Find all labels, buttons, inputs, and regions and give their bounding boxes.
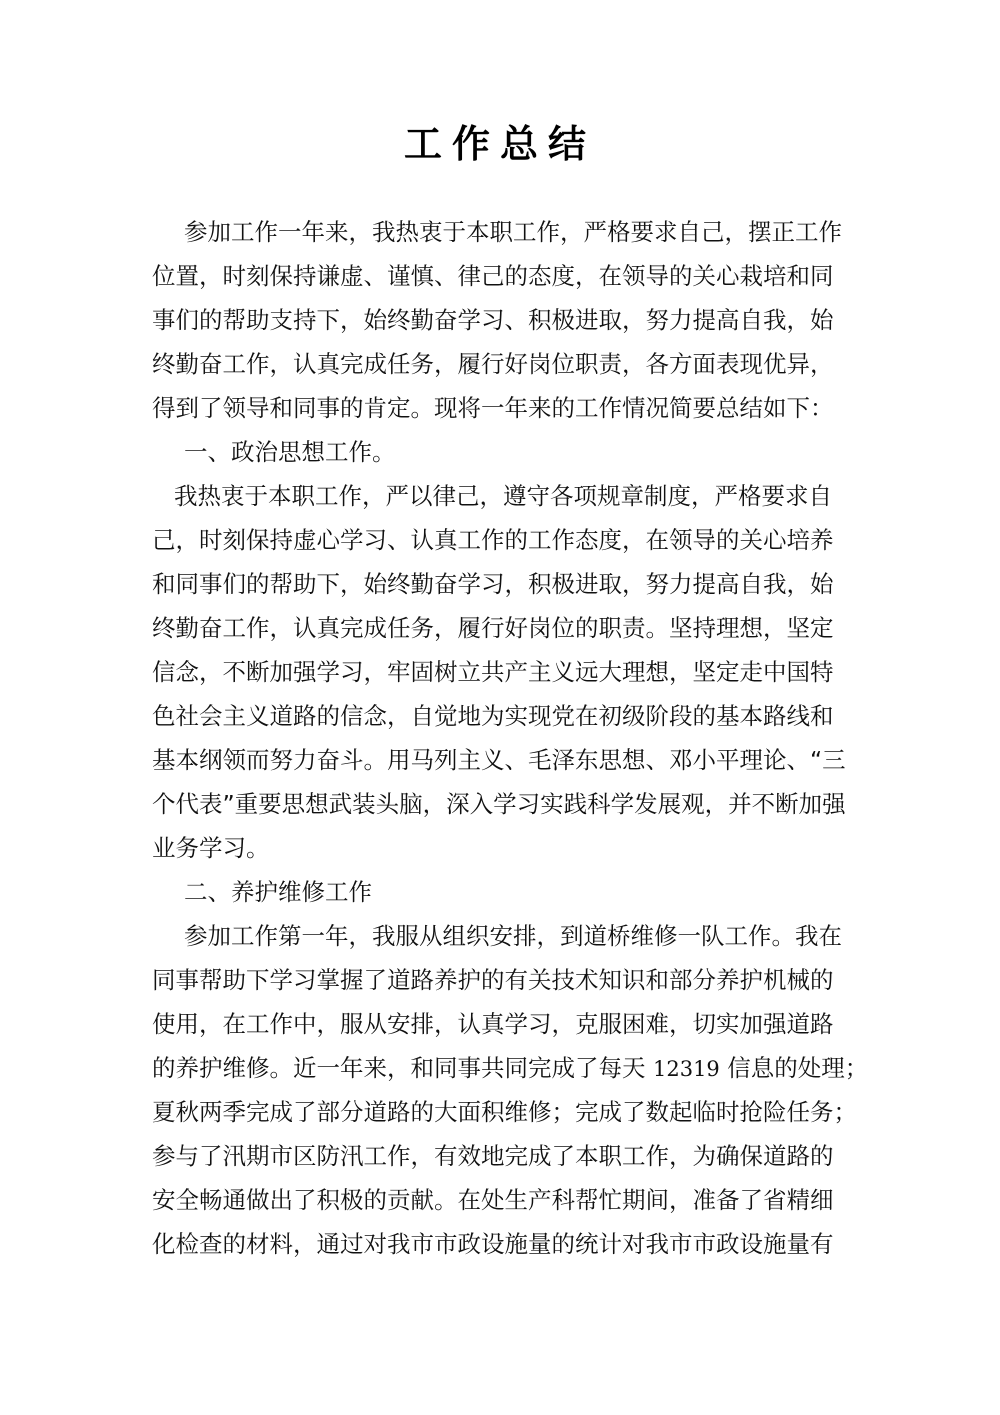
paragraph-line: 和同事们的帮助下，始终勤奋学习，积极进取，努力提高自我，始 (152, 562, 857, 606)
paragraph-line: 终勤奋工作，认真完成任务，履行好岗位的职责。坚持理想，坚定 (152, 606, 857, 650)
paragraph-line: 基本纲领而努力奋斗。用马列主义、毛泽东思想、邓小平理论、“三 (152, 738, 857, 782)
paragraph-line: 得到了领导和同事的肯定。现将一年来的工作情况简要总结如下： (152, 386, 857, 430)
paragraph-line: 色社会主义道路的信念，自觉地为实现党在初级阶段的基本路线和 (152, 694, 857, 738)
paragraph-line: 安全畅通做出了积极的贡献。在处生产科帮忙期间，准备了省精细 (152, 1178, 857, 1222)
paragraph-line: 位置，时刻保持谦虚、谨慎、律己的态度，在领导的关心栽培和同 (152, 254, 857, 298)
document-page: 工作总结 参加工作一年来，我热衷于本职工作，严格要求自己，摆正工作 位置，时刻保… (0, 0, 1000, 1415)
document-body: 参加工作一年来，我热衷于本职工作，严格要求自己，摆正工作 位置，时刻保持谦虚、谨… (152, 210, 857, 1266)
paragraph-line: 我热衷于本职工作，严以律己，遵守各项规章制度，严格要求自 (152, 474, 857, 518)
section-heading-1: 一、政治思想工作。 (152, 430, 857, 474)
paragraph-line: 事们的帮助支持下，始终勤奋学习、积极进取，努力提高自我，始 (152, 298, 857, 342)
paragraph-line: 信念，不断加强学习，牢固树立共产主义远大理想，坚定走中国特 (152, 650, 857, 694)
paragraph-line: 个代表”重要思想武装头脑，深入学习实践科学发展观，并不断加强 (152, 782, 857, 826)
paragraph-line: 使用，在工作中，服从安排，认真学习，克服困难，切实加强道路 (152, 1002, 857, 1046)
document-title: 工作总结 (0, 118, 1000, 170)
paragraph-line: 参加工作一年来，我热衷于本职工作，严格要求自己，摆正工作 (152, 210, 857, 254)
line-text: 信息的处理； (727, 1054, 868, 1082)
paragraph-line: 参加工作第一年，我服从组织安排，到道桥维修一队工作。我在 (152, 914, 857, 958)
paragraph-line: 的养护维修。近一年来，和同事共同完成了每天 12319 信息的处理； (152, 1046, 857, 1090)
paragraph-line: 同事帮助下学习掌握了道路养护的有关技术知识和部分养护机械的 (152, 958, 857, 1002)
paragraph-line: 化检查的材料，通过对我市市政设施量的统计对我市市政设施量有 (152, 1222, 857, 1266)
hotline-number: 12319 (653, 1057, 720, 1081)
paragraph-line: 己，时刻保持虚心学习、认真工作的工作态度，在领导的关心培养 (152, 518, 857, 562)
paragraph-line: 参与了汛期市区防汛工作，有效地完成了本职工作，为确保道路的 (152, 1134, 857, 1178)
line-text: 的养护维修。近一年来，和同事共同完成了每天 (152, 1054, 646, 1082)
paragraph-line: 业务学习。 (152, 826, 857, 870)
section-heading-2: 二、养护维修工作 (152, 870, 857, 914)
paragraph-line: 夏秋两季完成了部分道路的大面积维修；完成了数起临时抢险任务； (152, 1090, 857, 1134)
paragraph-line: 终勤奋工作，认真完成任务，履行好岗位职责，各方面表现优异， (152, 342, 857, 386)
